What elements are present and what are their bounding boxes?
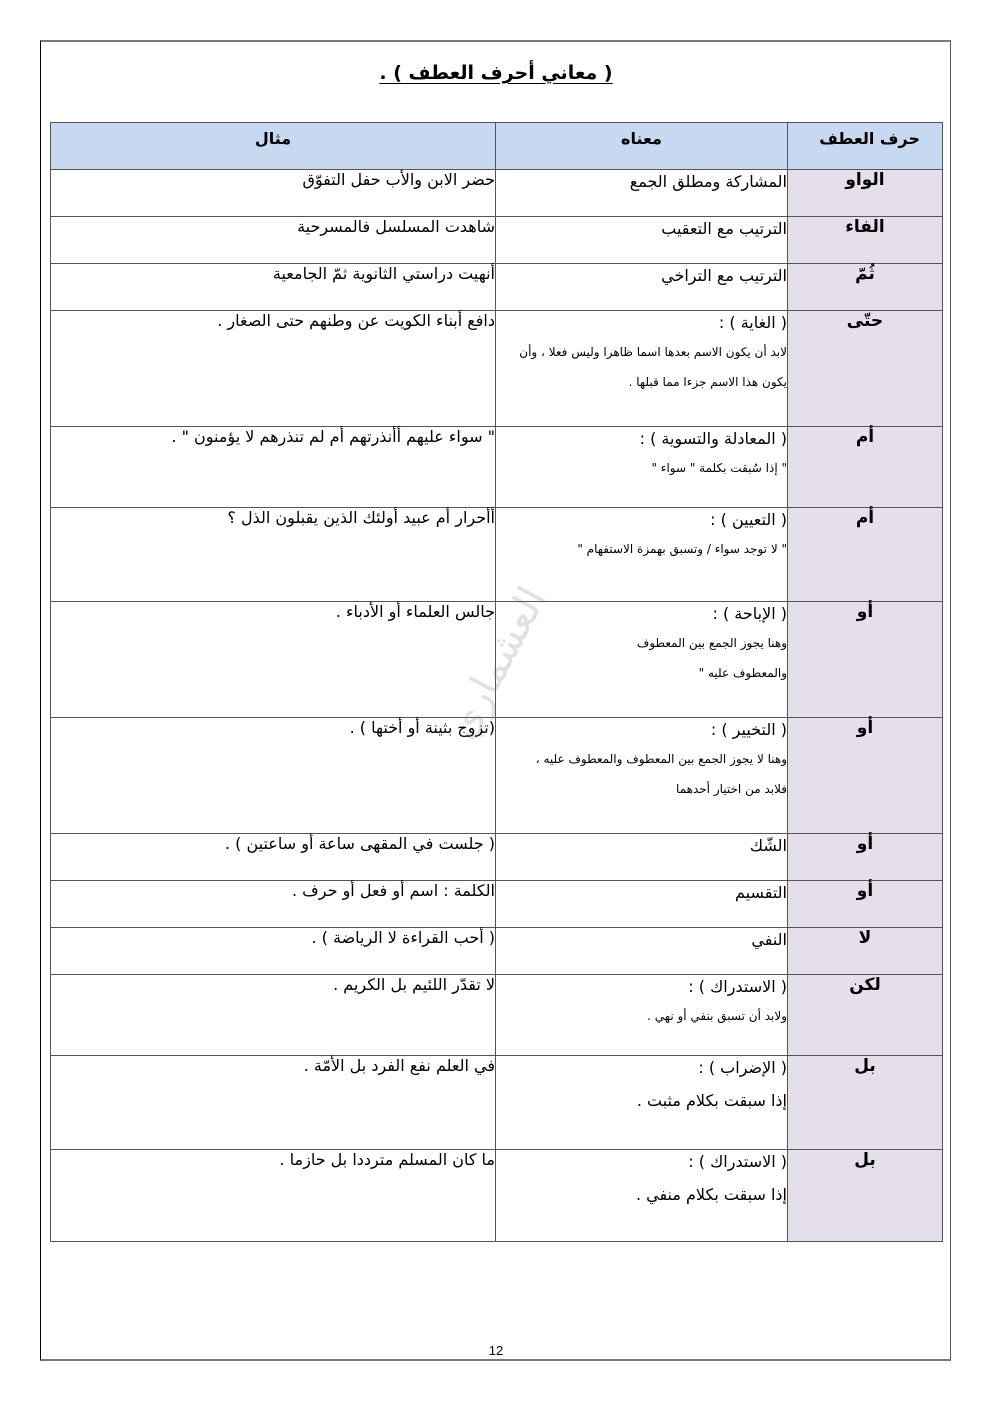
meaning-text: الشّك (496, 834, 787, 858)
table-row: أم ( المعادلة والتسوية ) : " إذا سُبقت ب… (51, 427, 943, 508)
table-row: لكن ( الاستدراك ) : ولابد أن تسبق بنفي أ… (51, 975, 943, 1056)
letter-cell: الواو (788, 170, 943, 217)
letter-cell: بل (788, 1056, 943, 1150)
table-row: أو التقسيم الكلمة : اسم أو فعل أو حرف . (51, 881, 943, 928)
letter-cell: أم (788, 508, 943, 602)
meaning-cell: التقسيم (496, 881, 788, 928)
table-row: الفاء الترتيب مع التعقيب شاهدت المسلسل ف… (51, 217, 943, 264)
example-cell: ( جلست في المقهى ساعة أو ساعتين ) . (51, 834, 496, 881)
meaning-note: إذا سبقت بكلام منفي . (496, 1178, 787, 1212)
table-row: ثُمّ الترتيب مع التراخي أنهيت دراستي الث… (51, 264, 943, 311)
letter-cell: أو (788, 602, 943, 718)
header-meaning: معناه (496, 123, 788, 170)
meaning-cell: ( الإضراب ) : إذا سبقت بكلام مثبت . (496, 1056, 788, 1150)
letter-cell: أو (788, 834, 943, 881)
example-cell: أأحرار أم عبيد أولئك الذين يقبلون الذل ؟ (51, 508, 496, 602)
letter-cell: حتّى (788, 311, 943, 427)
meaning-text: ( الاستدراك ) : (496, 1150, 787, 1174)
table-row: أو ( الإباحة ) : وهنا يجوز الجمع بين الم… (51, 602, 943, 718)
meaning-text: ( التعيين ) : (496, 508, 787, 532)
example-cell: شاهدت المسلسل فالمسرحية (51, 217, 496, 264)
letter-cell: أو (788, 881, 943, 928)
letter-cell: لكن (788, 975, 943, 1056)
meaning-cell: ( التعيين ) : " لا توجد سواء / وتسبق بهم… (496, 508, 788, 602)
meaning-cell: ( المعادلة والتسوية ) : " إذا سُبقت بكلم… (496, 427, 788, 508)
example-cell: ما كان المسلم مترددا بل حازما . (51, 1150, 496, 1242)
page-number: 12 (0, 1343, 992, 1358)
example-cell: في العلم نفع الفرد بل الأمّة . (51, 1056, 496, 1150)
meaning-text: الترتيب مع التراخي (496, 264, 787, 288)
table-row: أم ( التعيين ) : " لا توجد سواء / وتسبق … (51, 508, 943, 602)
table-row: أو ( التخيير ) : وهنا لا يجوز الجمع بين … (51, 718, 943, 834)
meaning-cell: المشاركة ومطلق الجمع (496, 170, 788, 217)
conjunctions-table: حرف العطف معناه مثال الواو المشاركة ومطل… (50, 122, 943, 1242)
meaning-text: ( الإباحة ) : (496, 602, 787, 626)
meaning-note: " لا توجد سواء / وتسبق بهمزة الاستفهام " (496, 534, 787, 564)
meaning-note: وهنا يجوز الجمع بين المعطوف والمعطوف علي… (496, 628, 787, 688)
header-example: مثال (51, 123, 496, 170)
table-row: أو الشّك ( جلست في المقهى ساعة أو ساعتين… (51, 834, 943, 881)
letter-cell: أم (788, 427, 943, 508)
header-letter: حرف العطف (788, 123, 943, 170)
meaning-cell: ( التخيير ) : وهنا لا يجوز الجمع بين الم… (496, 718, 788, 834)
meaning-text: ( الاستدراك ) : (496, 975, 787, 999)
example-cell: حضر الابن والأب حفل التفوّق (51, 170, 496, 217)
table-row: بل ( الاستدراك ) : إذا سبقت بكلام منفي .… (51, 1150, 943, 1242)
meaning-text: ( المعادلة والتسوية ) : (496, 427, 787, 451)
letter-cell: الفاء (788, 217, 943, 264)
meaning-cell: الترتيب مع التراخي (496, 264, 788, 311)
meaning-note: إذا سبقت بكلام مثبت . (496, 1084, 787, 1118)
meaning-note: " إذا سُبقت بكلمة " سواء " (496, 453, 787, 483)
meaning-text: النفي (496, 928, 787, 952)
meaning-cell: الترتيب مع التعقيب (496, 217, 788, 264)
example-cell: لا تقدّر اللئيم بل الكريم . (51, 975, 496, 1056)
meaning-cell: ( الاستدراك ) : إذا سبقت بكلام منفي . (496, 1150, 788, 1242)
example-cell: (تزوج بثينة أو أختها ) . (51, 718, 496, 834)
meaning-text: ( الغاية ) : (496, 311, 787, 335)
example-cell: أنهيت دراستي الثانوية ثمّ الجامعية (51, 264, 496, 311)
meaning-cell: الشّك (496, 834, 788, 881)
letter-cell: أو (788, 718, 943, 834)
meaning-text: ( الإضراب ) : (496, 1056, 787, 1080)
letter-cell: بل (788, 1150, 943, 1242)
meaning-cell: النفي (496, 928, 788, 975)
meaning-cell: ( الغاية ) : لابد أن يكون الاسم بعدها اس… (496, 311, 788, 427)
meaning-text: الترتيب مع التعقيب (496, 217, 787, 241)
table-row: لا النفي ( أحب القراءة لا الرياضة ) . (51, 928, 943, 975)
meaning-text: المشاركة ومطلق الجمع (496, 170, 787, 194)
page-title: ( معاني أحرف العطف ) . (0, 62, 992, 84)
meaning-text: ( التخيير ) : (496, 718, 787, 742)
meaning-note: ولابد أن تسبق بنفي أو نهي . (496, 1001, 787, 1031)
example-cell: ( أحب القراءة لا الرياضة ) . (51, 928, 496, 975)
letter-cell: ثُمّ (788, 264, 943, 311)
meaning-note: لابد أن يكون الاسم بعدها اسما ظاهرا وليس… (496, 337, 787, 397)
table-row: الواو المشاركة ومطلق الجمع حضر الابن وال… (51, 170, 943, 217)
letter-cell: لا (788, 928, 943, 975)
meaning-text: التقسيم (496, 881, 787, 905)
meaning-note: وهنا لا يجوز الجمع بين المعطوف والمعطوف … (496, 744, 787, 804)
meaning-cell: ( الاستدراك ) : ولابد أن تسبق بنفي أو نه… (496, 975, 788, 1056)
meaning-cell: ( الإباحة ) : وهنا يجوز الجمع بين المعطو… (496, 602, 788, 718)
table-header-row: حرف العطف معناه مثال (51, 123, 943, 170)
example-cell: الكلمة : اسم أو فعل أو حرف . (51, 881, 496, 928)
example-cell: جالس العلماء أو الأدباء . (51, 602, 496, 718)
example-cell: " سواء عليهم أأنذرتهم أم لم تنذرهم لا يؤ… (51, 427, 496, 508)
table-row: حتّى ( الغاية ) : لابد أن يكون الاسم بعد… (51, 311, 943, 427)
example-cell: دافع أبناء الكويت عن وطنهم حتى الصغار . (51, 311, 496, 427)
table-row: بل ( الإضراب ) : إذا سبقت بكلام مثبت . ف… (51, 1056, 943, 1150)
